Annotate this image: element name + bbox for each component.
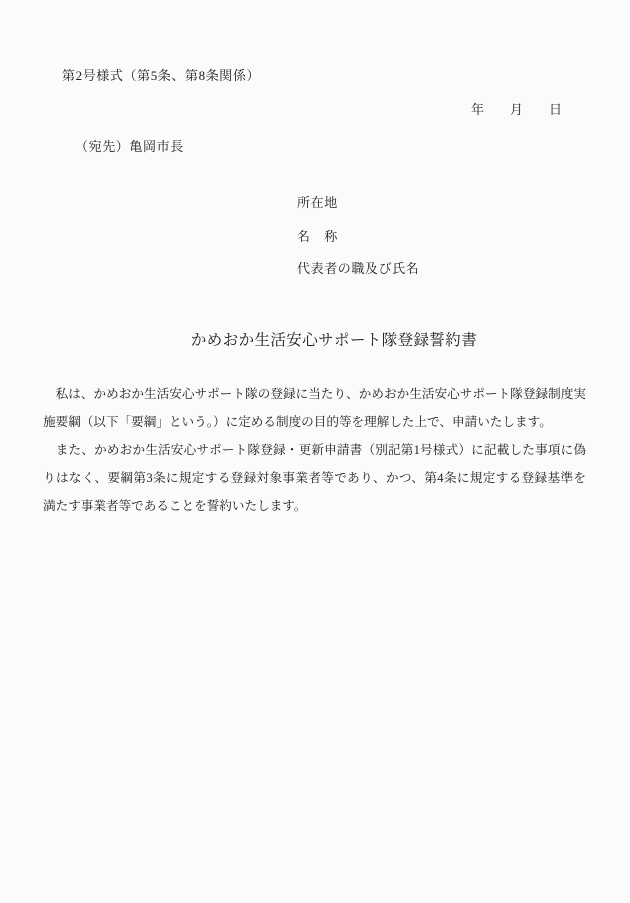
field-label-representative: 代表者の職及び氏名 — [297, 258, 419, 277]
paragraph-1-line-1: 私は、かめおか生活安心サポート隊の登録に当たり、かめおか生活安心サポート隊登録制… — [43, 380, 586, 408]
body-text: 私は、かめおか生活安心サポート隊の登録に当たり、かめおか生活安心サポート隊登録制… — [43, 380, 586, 520]
paragraph-2-line-3: 満たす事業者等であることを誓約いたします。 — [43, 492, 586, 520]
date-blank-line: 年 月 日 — [471, 99, 562, 118]
form-number: 第2号様式（第5条、第8条関係） — [62, 65, 260, 84]
document-title: かめおか生活安心サポート隊登録誓約書 — [0, 328, 630, 350]
paragraph-2-line-2: りはなく、要綱第3条に規定する登録対象事業者等であり、かつ、第4条に規定する登録… — [43, 464, 586, 492]
paragraph-1-line-2: 施要綱（以下「要綱」という。）に定める制度の目的等を理解した上で、申請いたします… — [43, 408, 586, 436]
paragraph-2-line-1: また、かめおか生活安心サポート隊登録・更新申請書（別記第1号様式）に記載した事項… — [43, 436, 586, 464]
field-label-location: 所在地 — [297, 192, 338, 211]
addressee-line: （宛先）亀岡市長 — [75, 136, 184, 155]
field-label-name: 名 称 — [297, 226, 338, 245]
document-page: 第2号様式（第5条、第8条関係） 年 月 日 （宛先）亀岡市長 所在地 名 称 … — [0, 0, 630, 903]
